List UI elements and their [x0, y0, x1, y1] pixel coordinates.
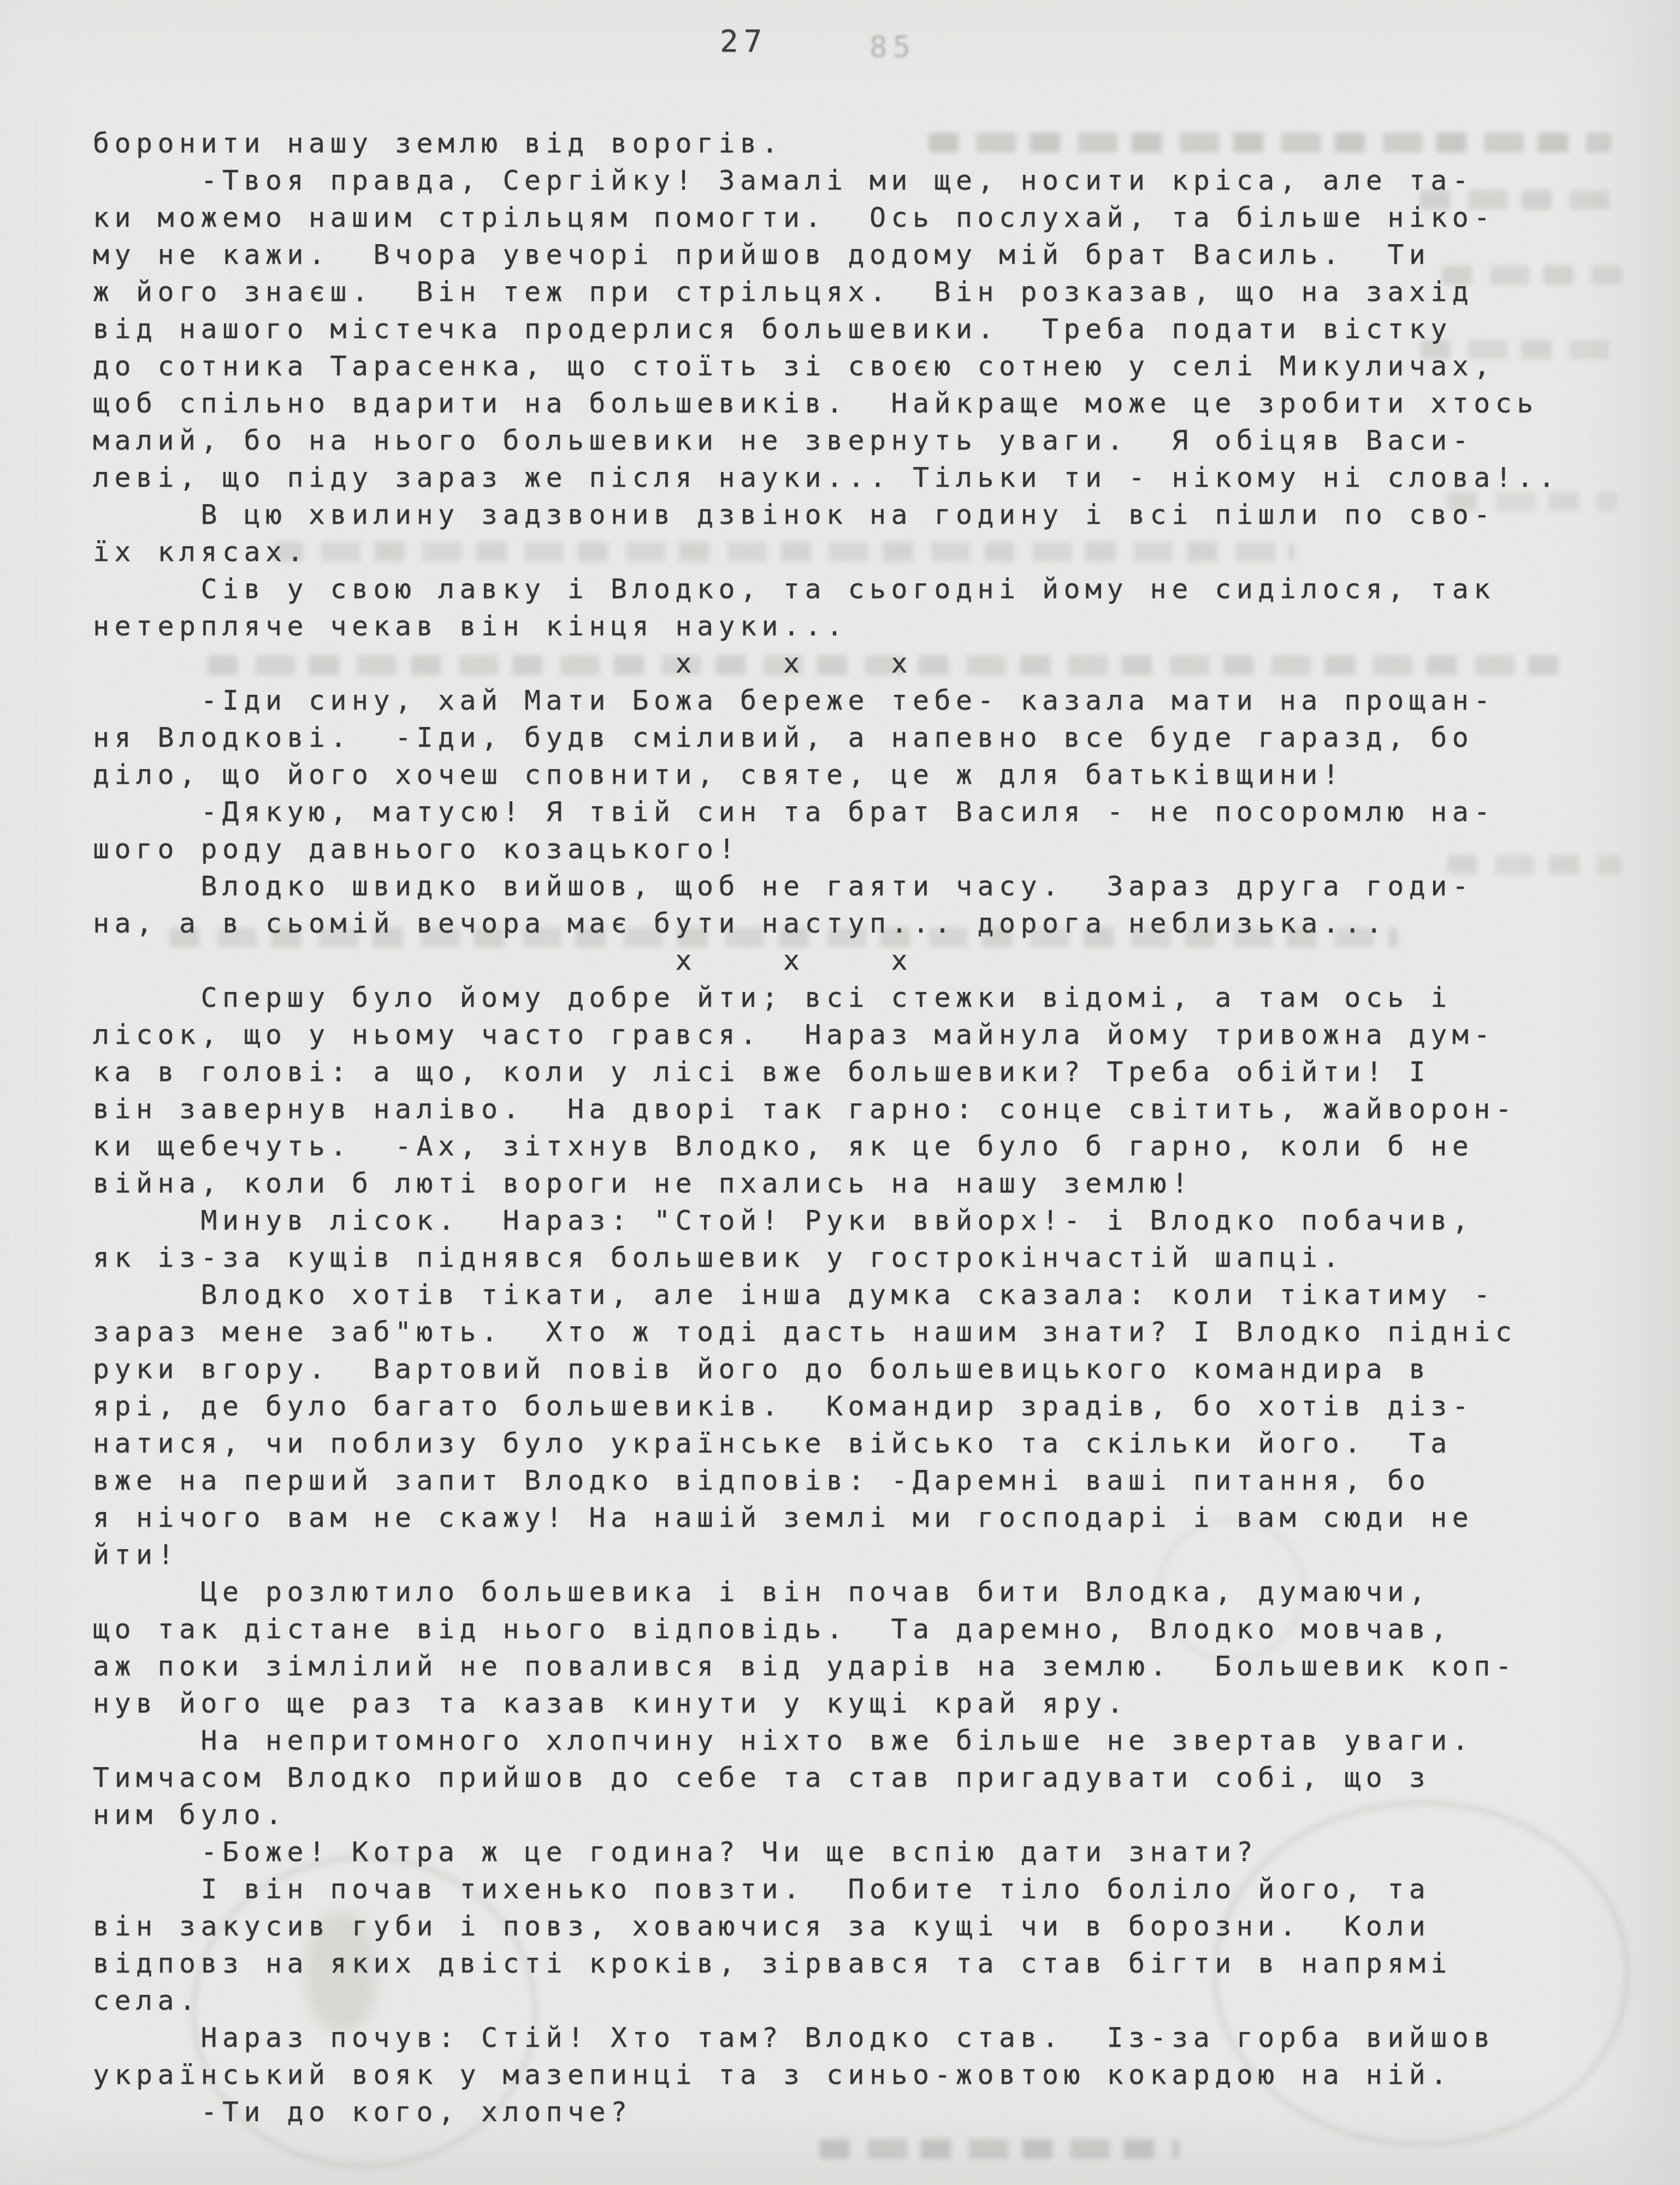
text-line-11: В цю хвилину задзвонив дзвінок на годину…: [93, 496, 1560, 533]
text-line-6: від нашого містечка продерлися большевик…: [93, 310, 1560, 347]
text-line-43: нув його ще раз та казав кинути у кущі к…: [93, 1685, 1560, 1722]
text-line-1: боронити нашу землю від ворогів.: [93, 125, 1560, 162]
text-line-28: ки щебечуть. -Ах, зітхнув Влодко, як це …: [93, 1127, 1560, 1165]
text-line-20: шого роду давнього козацького!: [93, 830, 1560, 867]
text-line-33: зараз мене заб"ють. Хто ж тоді дасть наш…: [93, 1313, 1560, 1350]
text-line-53: український вояк у мазепинці та з синьо-…: [93, 2056, 1560, 2093]
text-line-13: Сів у свою лавку і Влодко, та сьогодні й…: [93, 570, 1560, 607]
text-line-34: руки вгору. Вартовий повів його до больш…: [93, 1350, 1560, 1387]
scanned-page: 27 85 боронити нашу землю від ворогів. -…: [0, 0, 1680, 2185]
text-line-40: Це розлютило большевика і він почав бити…: [93, 1573, 1560, 1610]
text-line-47: -Боже! Котра ж це година? Чи ще вспію да…: [93, 1833, 1560, 1870]
text-line-12: їх клясах.: [93, 533, 1560, 570]
text-line-38: я нічого вам не скажу! На нашій землі ми…: [93, 1499, 1560, 1536]
text-line-39: йти!: [93, 1536, 1560, 1573]
text-line-42: аж поки зімлілий не повалився від ударів…: [93, 1647, 1560, 1685]
text-line-23: х х х: [93, 942, 1560, 979]
text-line-17: ня Влодкові. -Іди, будв сміливий, а напе…: [93, 719, 1560, 756]
text-line-19: -Дякую, матусю! Я твій син та брат Васил…: [93, 793, 1560, 830]
text-line-14: нетерпляче чекав він кінця науки...: [93, 607, 1560, 645]
text-line-45: Тимчасом Влодко прийшов до себе та став …: [93, 1759, 1560, 1796]
text-line-5: ж його знаєш. Він теж при стрільцях. Він…: [93, 273, 1560, 310]
ghost-page-number: 85: [869, 25, 916, 69]
ghost-bleedthrough-line: [819, 2139, 1180, 2159]
text-line-37: вже на перший запит Влодко відповів: -Да…: [93, 1462, 1560, 1499]
text-line-46: ним було.: [93, 1796, 1560, 1833]
text-line-44: На непритомного хлопчину ніхто вже більш…: [93, 1722, 1560, 1759]
text-line-30: Минув лісок. Нараз: "Стой! Руки ввйорх!-…: [93, 1202, 1560, 1239]
text-line-4: му не кажи. Вчора увечорі прийшов додому…: [93, 236, 1560, 273]
text-line-16: -Іди сину, хай Мати Божа береже тебе- ка…: [93, 682, 1560, 719]
text-line-27: він завернув наліво. На дворі так гарно:…: [93, 1090, 1560, 1127]
text-line-26: ка в голові: а що, коли у лісі вже больш…: [93, 1053, 1560, 1090]
text-line-54: -Ти до кого, хлопче?: [93, 2093, 1560, 2130]
page-number: 27: [720, 20, 767, 63]
text-line-18: діло, що його хочеш сповнити, святе, це …: [93, 756, 1560, 793]
text-line-24: Спершу було йому добре йти; всі стежки в…: [93, 979, 1560, 1016]
text-line-51: села.: [93, 1982, 1560, 2019]
text-line-10: леві, що піду зараз же після науки... Ті…: [93, 459, 1560, 496]
text-line-21: Влодко швидко вийшов, щоб не гаяти часу.…: [93, 867, 1560, 905]
text-line-3: ки можемо нашим стрільцям помогти. Ось п…: [93, 199, 1560, 236]
text-line-22: на, а в сьомій вечора має бути наступ...…: [93, 905, 1560, 942]
text-line-50: відповз на яких двісті кроків, зірвався …: [93, 1945, 1560, 1982]
text-line-35: ярі, де було багато большевиків. Команди…: [93, 1387, 1560, 1425]
text-line-36: натися, чи поблизу було українське війсь…: [93, 1425, 1560, 1462]
text-line-31: як із-за кущів піднявся большевик у гост…: [93, 1239, 1560, 1276]
text-line-41: що так дістане від нього відповідь. Та д…: [93, 1610, 1560, 1647]
text-line-49: він закусив губи і повз, ховаючися за ку…: [93, 1908, 1560, 1945]
text-line-2: -Твоя правда, Сергійку! Замалі ми ще, но…: [93, 162, 1560, 199]
text-line-8: щоб спільно вдарити на большевиків. Найк…: [93, 385, 1560, 422]
text-line-15: х х х: [93, 645, 1560, 682]
text-line-25: лісок, що у ньому часто грався. Нараз ма…: [93, 1016, 1560, 1053]
text-line-7: до сотника Тарасенка, що стоїть зі своєю…: [93, 347, 1560, 385]
typewritten-text: боронити нашу землю від ворогів. -Твоя п…: [93, 125, 1560, 2130]
text-line-29: війна, коли б люті вороги не пхались на …: [93, 1165, 1560, 1202]
text-line-32: Влодко хотів тікати, але інша думка сказ…: [93, 1276, 1560, 1313]
text-line-52: Нараз почув: Стій! Хто там? Влодко став.…: [93, 2019, 1560, 2056]
text-line-48: І він почав тихенько повзти. Побите тіло…: [93, 1870, 1560, 1908]
text-line-9: малий, бо на нього большевики не звернут…: [93, 422, 1560, 459]
